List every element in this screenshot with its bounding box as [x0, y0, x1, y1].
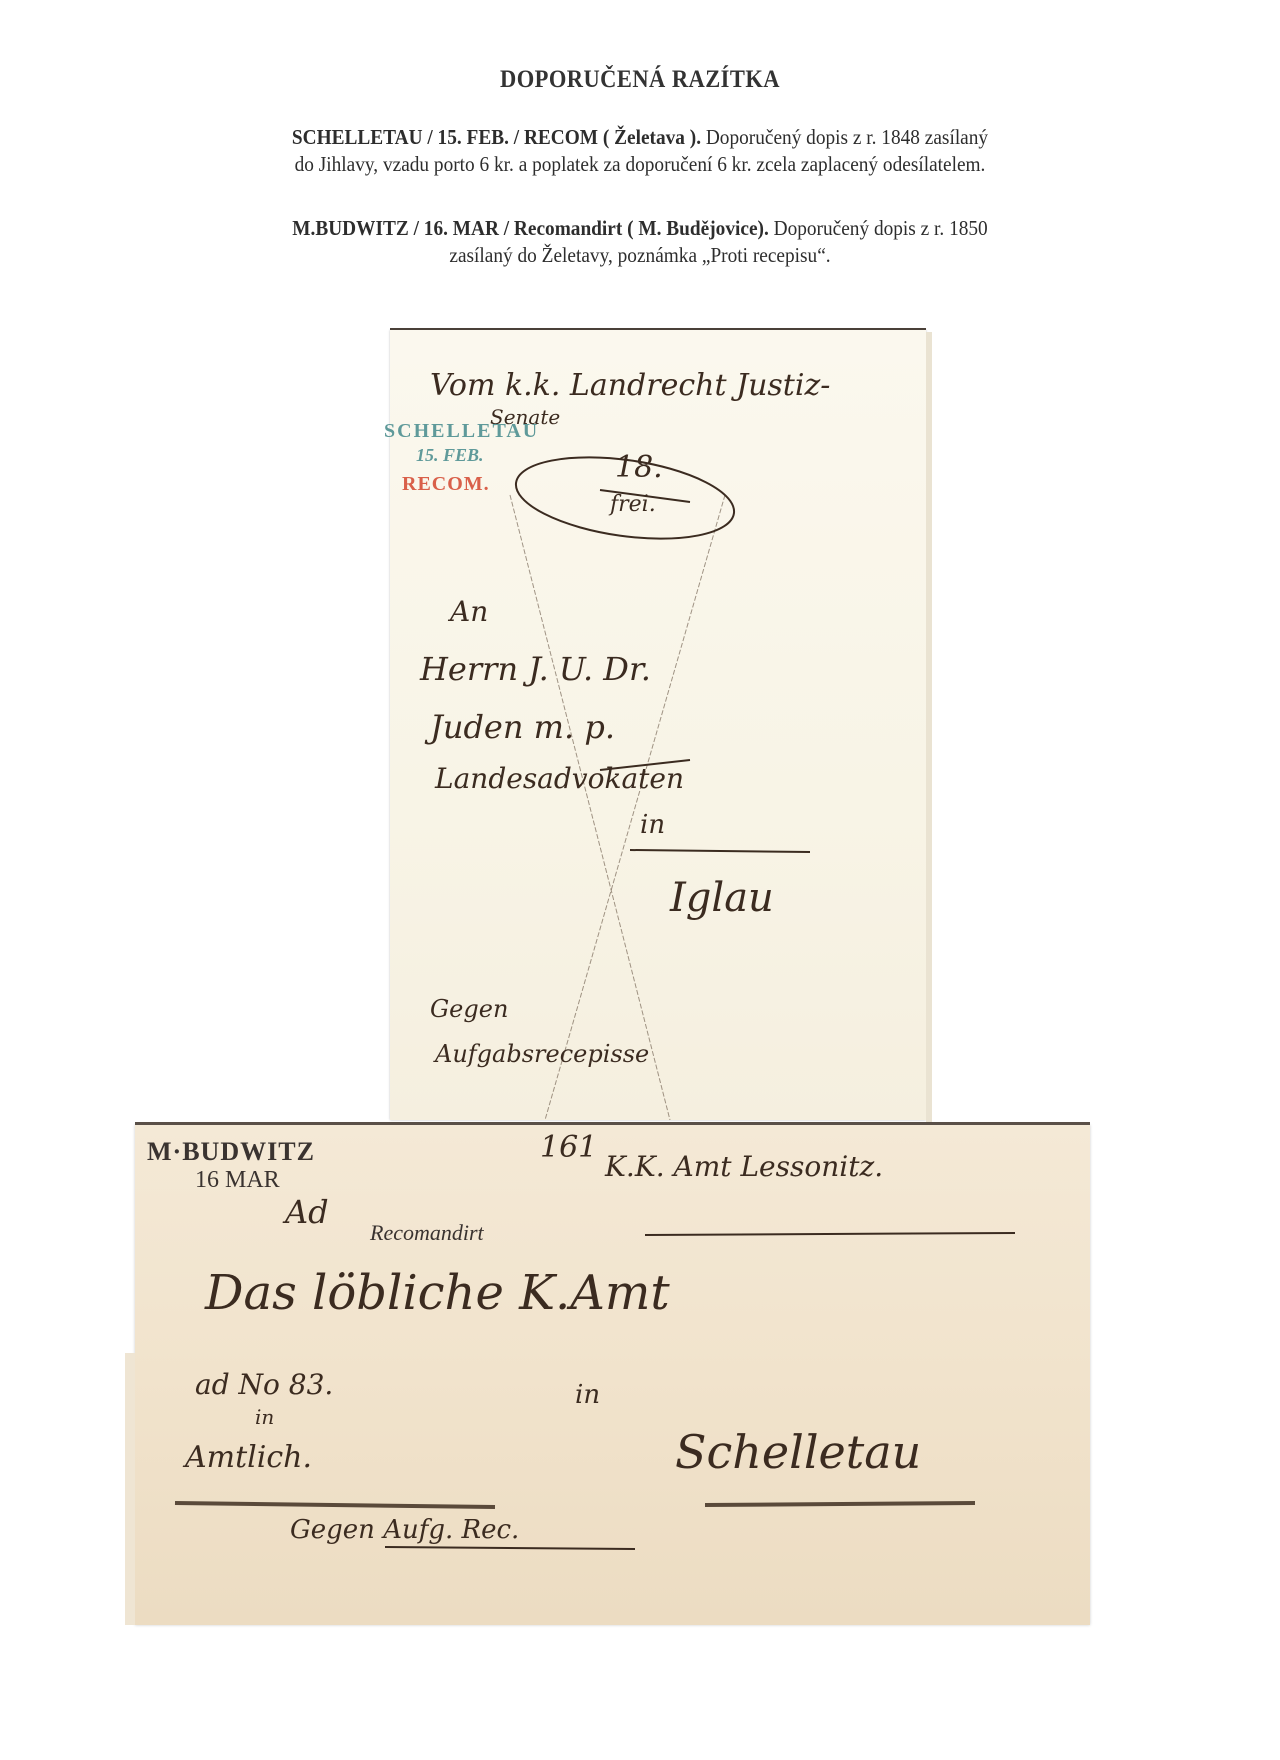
handwriting-addressee-3: Landesadvokaten: [435, 762, 684, 795]
entry-lead: SCHELLETAU / 15. FEB. / RECOM ( Želetava…: [292, 125, 701, 149]
handwriting-addressee-2: Juden m. p.: [430, 708, 615, 746]
cover-edge: [926, 332, 932, 1122]
handwriting-fee-note: frei.: [610, 492, 656, 517]
handwriting-in: in: [575, 1380, 600, 1410]
entry-schelletau: SCHELLETAU / 15. FEB. / RECOM ( Želetava…: [0, 124, 1280, 178]
cover-fold: [125, 1353, 135, 1625]
entry-line-1: M.BUDWITZ / 16. MAR / Recomandirt ( M. B…: [51, 215, 1229, 242]
handwriting-sender: Vom k.k. Landrecht Justiz-: [430, 368, 830, 403]
cover-schelletau: Vom k.k. Landrecht Justiz- Senate SCHELL…: [390, 330, 926, 1120]
handwriting-note-2: Aufgabsrecepisse: [435, 1040, 649, 1068]
handwriting-note: Gegen Aufg. Rec.: [290, 1515, 519, 1545]
handwriting-ref-3: Amtlich.: [185, 1440, 312, 1475]
entry-text: Doporučený dopis z r. 1848 zasílaný: [701, 125, 988, 149]
handwriting-addressee: Das löbliche K.Amt: [205, 1265, 670, 1321]
cover-budwitz: M·BUDWITZ 16 MAR 161 K.K. Amt Lessonitz.…: [135, 1125, 1090, 1625]
entry-budwitz: M.BUDWITZ / 16. MAR / Recomandirt ( M. B…: [0, 215, 1280, 269]
stamp-recom: RECOM.: [402, 473, 490, 496]
entry-line-2: zasílaný do Želetavy, poznámka „Proti re…: [51, 242, 1229, 269]
handwriting-prefix: Ad: [285, 1193, 329, 1231]
handwriting-city: Iglau: [670, 875, 774, 921]
entry-line-1: SCHELLETAU / 15. FEB. / RECOM ( Želetava…: [51, 124, 1229, 151]
handwriting-note-1: Gegen: [430, 995, 508, 1023]
stamp-recom: Recomandirt: [370, 1220, 484, 1246]
stamp-town: M·BUDWITZ: [147, 1137, 315, 1167]
handwriting-ref-1: ad No 83.: [195, 1368, 333, 1401]
handwriting-number: 161: [540, 1130, 597, 1165]
stamp-date: 16 MAR: [195, 1167, 280, 1194]
handwriting-addressee-1: Herrn J. U. Dr.: [420, 650, 651, 688]
stamp-town: SCHELLETAU: [384, 420, 539, 443]
handwriting-in: in: [640, 810, 665, 840]
entry-text: Doporučený dopis z r. 1850: [769, 216, 988, 240]
entry-lead: M.BUDWITZ / 16. MAR / Recomandirt ( M. B…: [292, 216, 769, 240]
stamp-date: 15. FEB.: [416, 445, 484, 466]
handwriting-to: An: [450, 595, 488, 628]
handwriting-ref-2: in: [255, 1405, 274, 1429]
handwriting-fee: 18.: [615, 450, 663, 485]
page-title: DOPORUČENÁ RAZÍTKA: [64, 66, 1216, 94]
entry-line-2: do Jihlavy, vzadu porto 6 kr. a poplatek…: [51, 151, 1229, 178]
handwriting-from: K.K. Amt Lessonitz.: [605, 1150, 883, 1183]
handwriting-city: Schelletau: [675, 1425, 921, 1479]
